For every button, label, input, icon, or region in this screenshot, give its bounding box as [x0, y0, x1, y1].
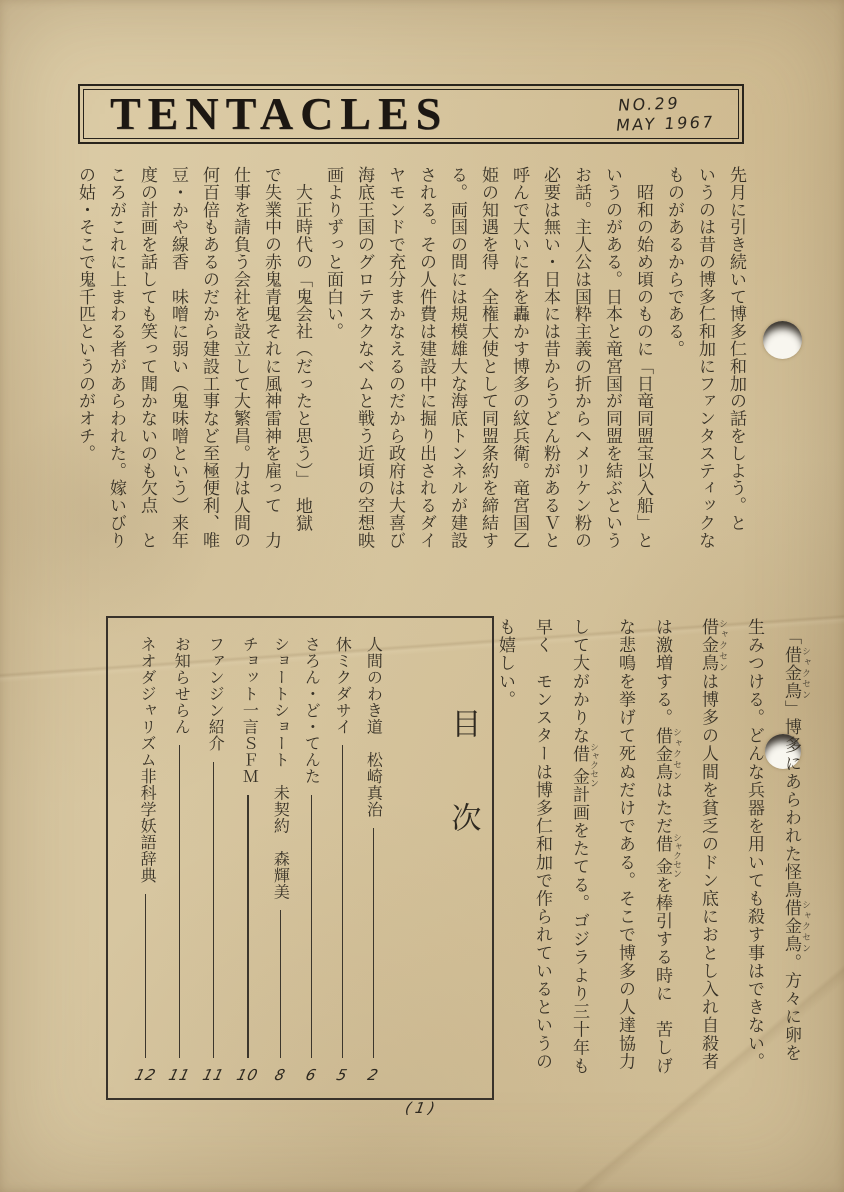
text-column: ヤモンドで充分まかなえるのだから政府は大喜び	[385, 166, 405, 584]
masthead-box: TENTACLES NO.29 MAY 1967	[78, 84, 744, 144]
text-column: お話。主人公は国粋主義の折からヘメリケン粉の	[571, 166, 591, 584]
text-column: 豆・かや線香 味噌に弱い（鬼味噌という）来年	[168, 166, 188, 584]
folio-page-number: (1)	[0, 1099, 844, 1117]
toc-leader-line	[280, 910, 282, 1058]
toc-page-number: 8	[273, 1066, 288, 1084]
toc-page-number: 12	[133, 1066, 159, 1084]
toc-leader-line	[373, 828, 375, 1059]
text-column: の姑・そこで鬼千匹というのがオチ。	[75, 166, 95, 584]
issue-date: MAY 1967	[615, 112, 716, 136]
text-column: 先月に引き続いて博多仁和加の話をしよう。と	[726, 166, 746, 584]
text-column: 必要は無い・日本には昔からうどん粉があるＶと	[540, 166, 560, 584]
text-column: る。両国の間には規模雄大な海底トンネルが建設	[447, 166, 467, 584]
toc-entry: ファンジン紹介11	[203, 636, 224, 1084]
toc-page-number: 11	[201, 1066, 227, 1084]
toc-page-number: 11	[167, 1066, 193, 1084]
toc-entry-label: お知らせらん	[169, 636, 190, 735]
text-column: 生みつける。どんな兵器を用いても殺す事はできない。	[743, 618, 764, 1106]
toc-leader-line	[179, 745, 181, 1058]
toc-leader-line	[145, 894, 147, 1059]
toc-leader-line	[342, 745, 344, 1058]
toc-entry: お知らせらん11	[169, 636, 190, 1084]
toc-inner: 目次 人間のわき道 松崎真治2休ミクダサイ5さろん・ど・てんた6ショートショート…	[108, 618, 500, 1098]
text-column: される。その人件費は建設中に掘り出されるダイ	[416, 166, 436, 584]
toc-page-number: 5	[335, 1066, 350, 1084]
text-column: ころがこれに上まわる者があらわれた。嫁いびり	[106, 166, 126, 584]
toc-entry: チョット一言ＳＦＭ10	[237, 636, 258, 1084]
text-column: 度の計画を話しても笑って聞かないのも欠点 と	[137, 166, 157, 584]
toc-leader-line	[213, 762, 215, 1059]
scanned-zine-page: TENTACLES NO.29 MAY 1967 先月に引き続いて博多仁和加の話…	[0, 0, 844, 1192]
toc-entry-label: ネオダジャリズム非科学妖語辞典	[135, 636, 156, 884]
toc-entry-label: ファンジン紹介	[203, 636, 224, 752]
punch-hole-top	[763, 321, 802, 359]
issue-info: NO.29 MAY 1967	[615, 92, 718, 136]
text-column: 大正時代の「鬼会社（だったと思う）」 地獄	[292, 166, 312, 584]
toc-leader-line	[311, 795, 313, 1059]
toc-page-number: 2	[366, 1066, 381, 1084]
text-column: いうのは昔の博多仁和加にファンタスティックな	[695, 166, 715, 584]
toc-entry-label: チョット一言ＳＦＭ	[237, 636, 258, 785]
toc-leader-line	[247, 795, 249, 1059]
text-column: して大がかりな借金シャクセン計画をたてる。ゴジラより三十年も	[568, 618, 598, 1106]
text-column: で失業中の赤鬼青鬼それに風神雷神を雇って 力	[261, 166, 281, 584]
toc-entry-label: 人間のわき道 松崎真治	[364, 636, 382, 818]
masthead-inner-border: TENTACLES NO.29 MAY 1967	[83, 89, 739, 139]
text-column: いうのがある。日本と竜宮国が同盟を結ぶという	[602, 166, 622, 584]
text-column: 昭和の始め頃のものに「日竜同盟宝以入船」と	[633, 166, 653, 584]
toc-page-number: 10	[235, 1066, 261, 1084]
text-column: 何百倍もあるのだから建設工事など至極便利、唯	[199, 166, 219, 584]
toc-entry: ネオダジャリズム非科学妖語辞典12	[135, 636, 156, 1084]
toc-entry: 休ミクダサイ5	[333, 636, 351, 1084]
zine-title: TENTACLES	[110, 91, 448, 137]
text-column: は激増する。借金鳥シャクセンはただ借金シャクセンを棒引する時に 苦しげ	[651, 618, 681, 1106]
text-column: 画よりずっと面白い。	[323, 166, 343, 584]
text-column: 姫の知遇を得 全権大使として同盟条約を締結す	[478, 166, 498, 584]
text-column: 呼んで大いに名を轟かす博多の紋兵衛。竜宮国乙	[509, 166, 529, 584]
toc-box: 目次 人間のわき道 松崎真治2休ミクダサイ5さろん・ど・てんた6ショートショート…	[106, 616, 494, 1100]
text-column: 海底王国のグロテスクなベムと戦う近頃の空想映	[354, 166, 374, 584]
text-column: ものがあるからである。	[664, 166, 684, 584]
text-column: 仕事を請負う会社を設立して大繁昌。力は人間の	[230, 166, 250, 584]
toc-entry-label: 休ミクダサイ	[333, 636, 351, 735]
text-column: 借金鳥シャクセンは博多の人間を貧乏のドン底におとし入れ自殺者	[697, 618, 727, 1106]
text-column: 「借金鳥シャクセン」博多にあらわれた怪鳥借金鳥シャクセン。方々に卵を	[780, 618, 810, 1106]
text-column: 早く モンスターは博多仁和加で作られているというの	[531, 618, 552, 1106]
toc-page-number: 6	[304, 1066, 319, 1084]
toc-title: 目次	[440, 636, 484, 1084]
toc-entry: ショートショート 未契約 森輝美8	[271, 636, 289, 1084]
toc-entry-label: さろん・ど・てんた	[302, 636, 320, 785]
text-column: な悲鳴を挙げて死ぬだけである。そこで博多の人達協力	[614, 618, 635, 1106]
toc-entry: さろん・ど・てんた6	[302, 636, 320, 1084]
toc-entry-label: ショートショート 未契約 森輝美	[271, 636, 289, 900]
toc-entry: 人間のわき道 松崎真治2	[364, 636, 382, 1084]
article-bottom-shakkindori: 「借金鳥シャクセン」博多にあらわれた怪鳥借金鳥シャクセン。方々に卵を生みつける。…	[508, 618, 810, 1106]
article-top-niwaka: 先月に引き続いて博多仁和加の話をしよう。というのは昔の博多仁和加にファンタスティ…	[52, 166, 746, 584]
